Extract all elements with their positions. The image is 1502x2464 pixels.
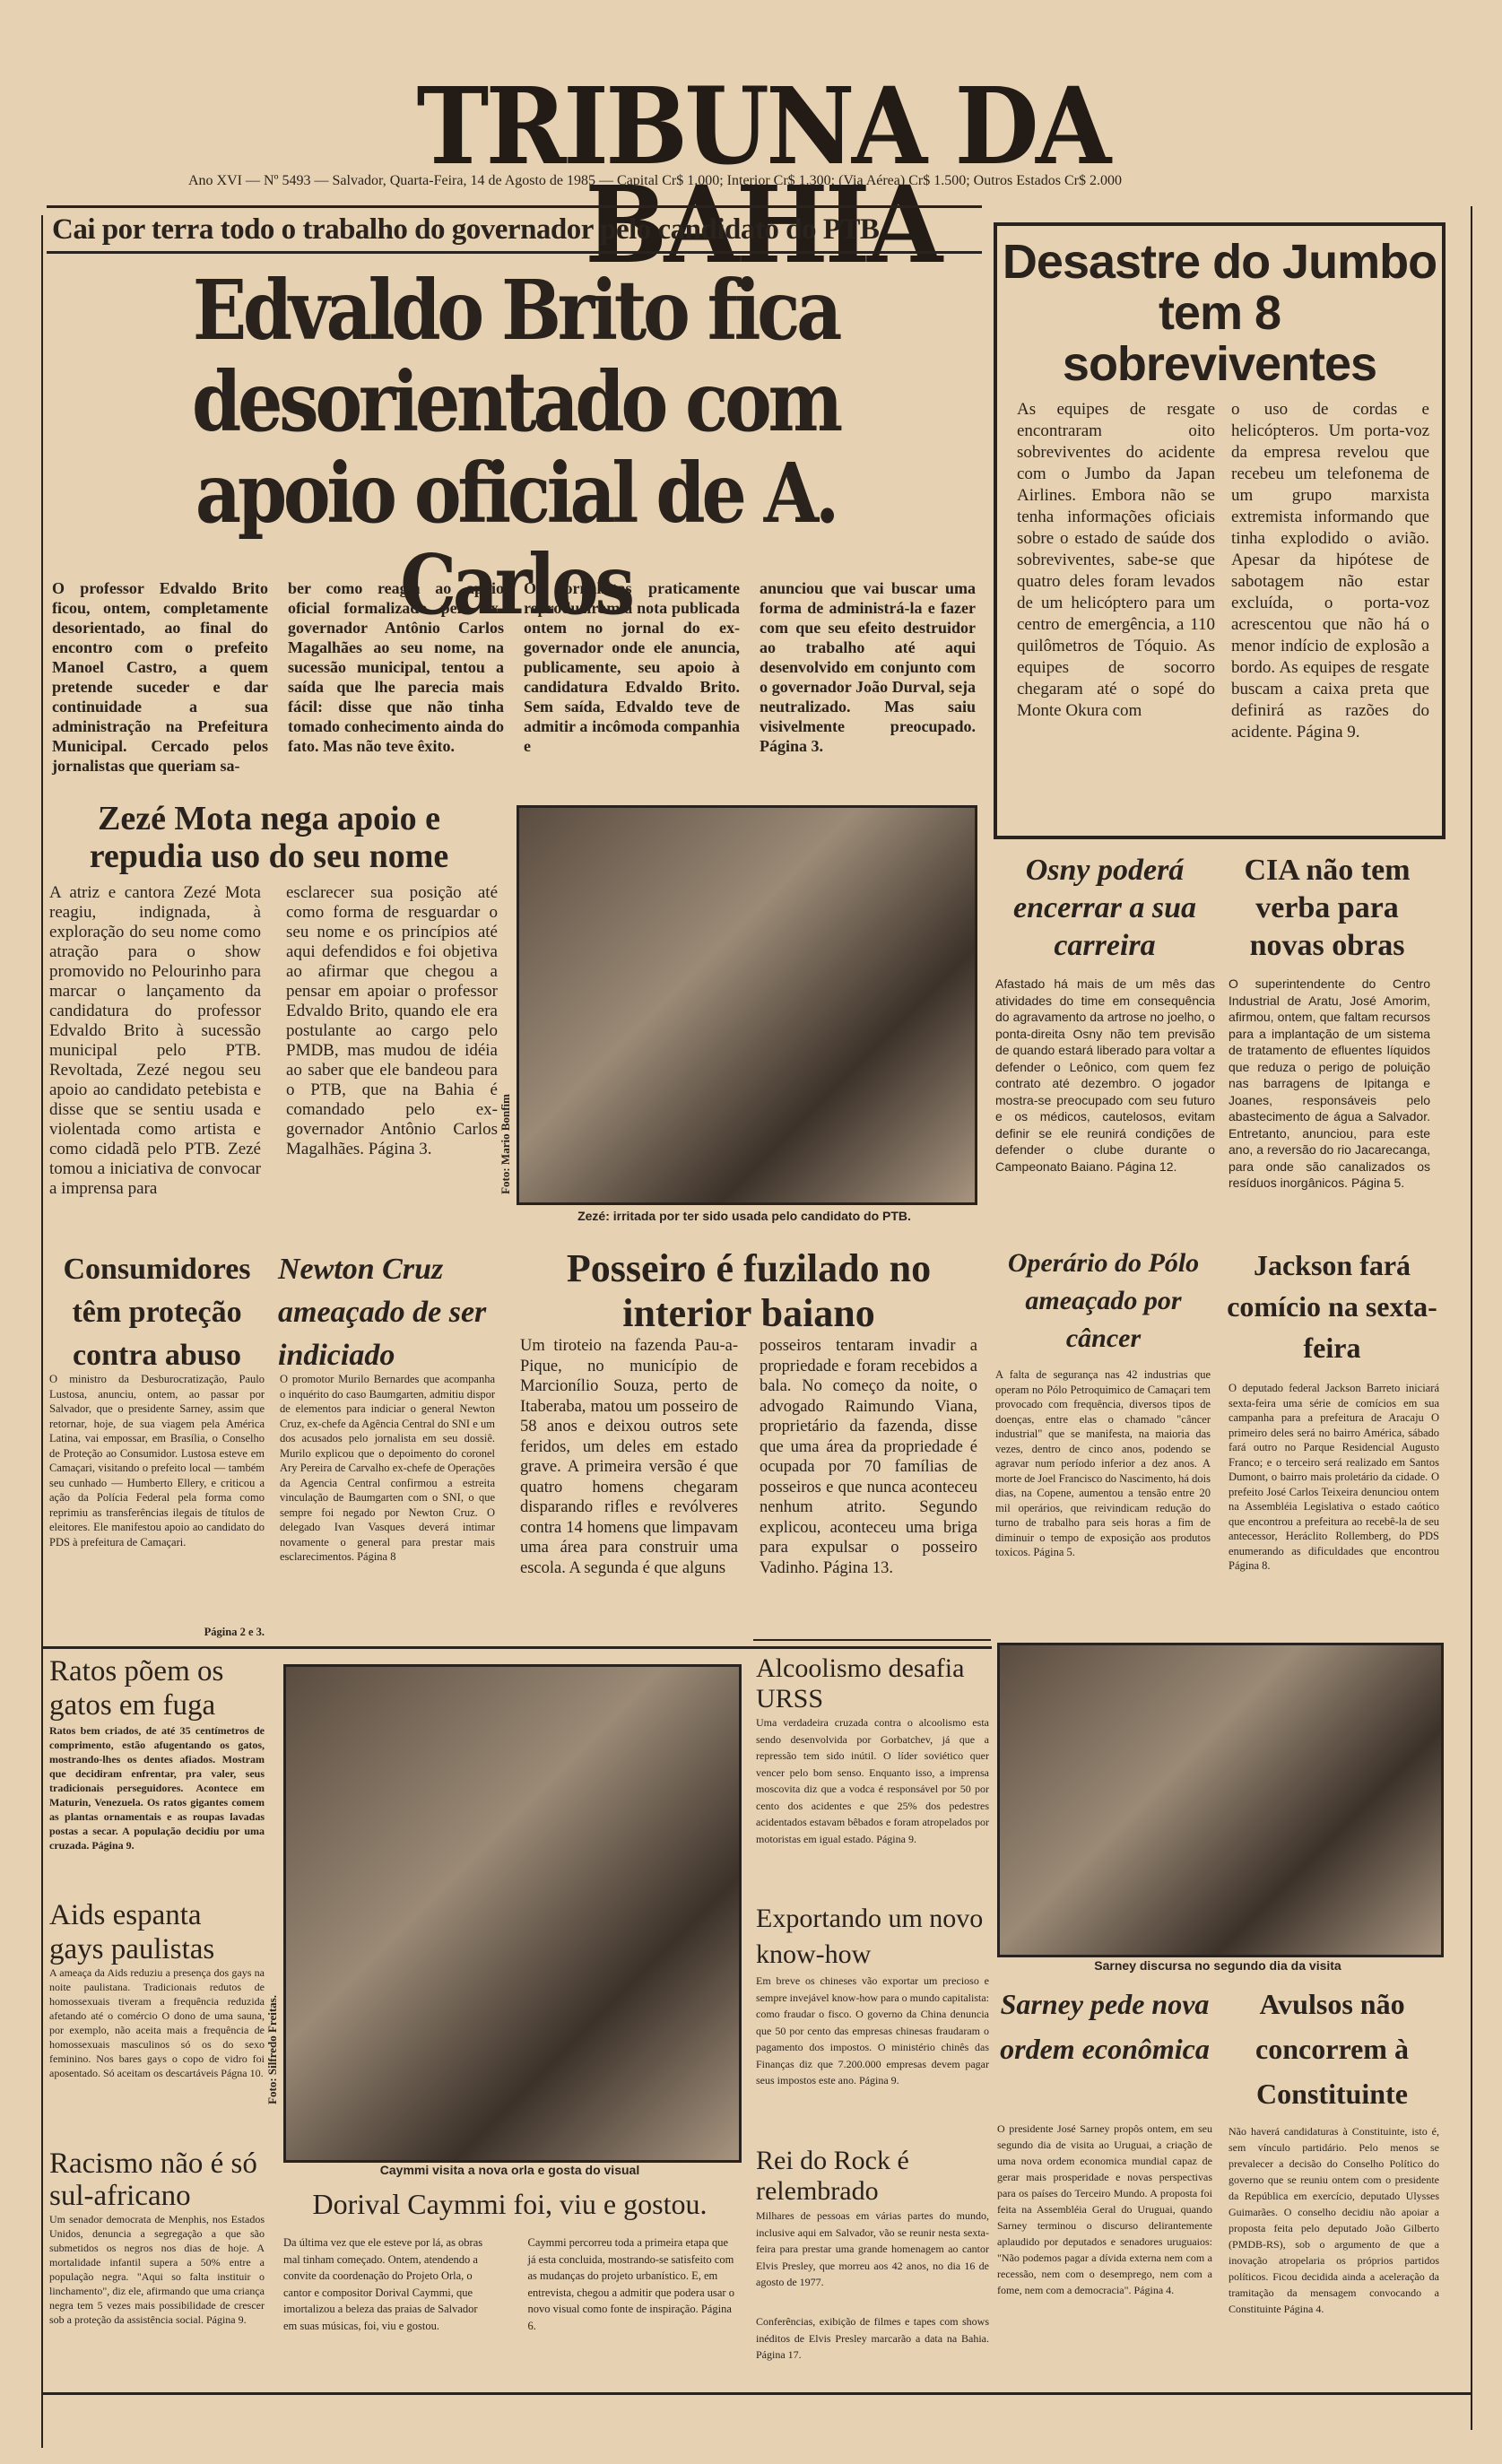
page-reference: Página 2 e 3. [49,1625,265,1640]
lead-body: O professor Edvaldo Brito ficou, ontem, … [52,578,976,776]
lead-kicker: Cai por terra todo o trabalho do governa… [52,213,976,247]
ratos-headline: Ratos põem os gatos em fuga [49,1654,260,1722]
divider [47,205,982,208]
osny-headline: Osny poderá encerrar a sua carreira [997,852,1212,965]
sarney-body: O presidente José Sarney propôs ontem, e… [997,2121,1212,2298]
lead-headline: Edvaldo Brito fica desorientado com apoi… [103,265,928,630]
caymmi-column: Da última vez que ele esteve por lá, as … [283,2234,492,2334]
jumbo-box: Desastre do Jumbo tem 8 sobreviventes As… [994,222,1446,839]
lead-column: O professor Edvaldo Brito ficou, ontem, … [52,578,268,776]
exportando-headline: Exportando um novo know-how [756,1901,989,1973]
dateline: Ano XVI — Nº 5493 — Salvador, Quarta-Fei… [188,173,1345,189]
photo-credit: Foto: Silfredo Freitas. [265,1995,280,2104]
jackson-headline: Jackson fará comício na sexta-feira [1227,1245,1437,1368]
operario-headline: Operário do Pólo ameaçado por câncer [994,1245,1213,1358]
zeze-photo [517,805,977,1205]
osny-body: Afastado há mais de um mês das atividade… [995,976,1215,1175]
divider [41,1646,992,1649]
jumbo-headline: Desastre do Jumbo tem 8 sobreviventes [997,237,1442,390]
consumidores-body: O ministro da Desburocratização, Paulo L… [49,1372,265,1549]
frame-line [1471,206,1472,2430]
jumbo-column: As equipes de resgate encontraram oito s… [1017,399,1215,743]
ratos-body: Ratos bem criados, de até 35 centímetros… [49,1723,265,1852]
racismo-body: Um senador democrata de Menphis, nos Est… [49,2212,265,2327]
divider [47,251,982,254]
caymmi-headline: Dorival Caymmi foi, viu e gostou. [283,2188,736,2221]
photo-caption: Sarney discursa no segundo dia da visita [997,1958,1438,1973]
caymmi-photo [283,1664,742,2163]
rei-rock-body: Milhares de pessoas em várias partes do … [756,2208,989,2291]
avulsos-headline: Avulsos não concorrem à Constituinte [1227,1982,1437,2116]
jumbo-column: o uso de cordas e helicópteros. Um porta… [1231,399,1429,743]
posseiro-headline: Posseiro é fuzilado no interior baiano [520,1246,977,1336]
lead-column: Os jornalistas praticamente reproduziram… [524,578,740,776]
frame-line [41,215,43,2448]
posseiro-body: Um tiroteio na fazenda Pau-a-Pique, no m… [520,1336,977,1578]
photo-caption: Caymmi visita a nova orla e gosta do vis… [283,2163,736,2177]
cia-body: O superintendente do Centro Industrial d… [1229,976,1430,1192]
operario-body: A falta de segurança nas 42 industrias q… [995,1367,1211,1560]
divider [753,1639,991,1641]
divider [41,2392,1472,2395]
alcoolismo-headline: Alcoolismo desafia URSS [756,1653,989,1714]
alcoolismo-body: Uma verdadeira cruzada contra o alcoolis… [756,1714,989,1847]
caymmi-body: Da última vez que ele esteve por lá, as … [283,2234,736,2334]
lead-column: anunciou que vai buscar uma forma de adm… [760,578,976,776]
zeze-column: A atriz e cantora Zezé Mota reagiu, indi… [49,883,261,1199]
rei-rock-body: Conferências, exibição de filmes e tapes… [756,2313,989,2364]
photo-credit: Foto: Mario Bonfim [499,1094,513,1194]
zeze-headline: Zezé Mota nega apoio e repudia uso do se… [54,800,484,875]
sarney-photo [997,1643,1444,1957]
aids-body: A ameaça da Aids reduziu a presença dos … [49,1965,265,2080]
zeze-body: A atriz e cantora Zezé Mota reagiu, indi… [49,883,498,1199]
newton-headline: Newton Cruz ameaçado de ser indiciado [278,1248,498,1377]
caymmi-column: Caymmi percorreu toda a primeira etapa q… [528,2234,737,2334]
photo-caption: Zezé: irritada por ter sido usada pelo c… [517,1209,972,1223]
exportando-body: Em breve os chineses vão exportar um pre… [756,1973,989,2089]
rei-rock-headline: Rei do Rock é relembrado [756,2146,989,2207]
posseiro-column: Um tiroteio na fazenda Pau-a-Pique, no m… [520,1336,738,1578]
racismo-headline: Racismo não é só sul-africano [49,2147,260,2212]
jackson-body: O deputado federal Jackson Barreto inici… [1229,1381,1439,1574]
posseiro-column: posseiros tentaram invadir a propriedade… [760,1336,977,1578]
newton-body: O promotor Murilo Bernardes que acompanh… [280,1372,495,1565]
consumidores-headline: Consumidores têm proteção contra abuso [49,1248,265,1377]
sarney-headline: Sarney pede nova ordem econômica [997,1982,1212,2071]
cia-headline: CIA não tem verba para novas obras [1229,852,1426,965]
aids-headline: Aids espanta gays paulistas [49,1898,260,1966]
avulsos-body: Não haverá candidaturas à Constituinte, … [1229,2123,1439,2317]
lead-column: ber como reagia ao apoio oficial formali… [288,578,504,776]
zeze-column: esclarecer sua posição até como forma de… [286,883,498,1199]
